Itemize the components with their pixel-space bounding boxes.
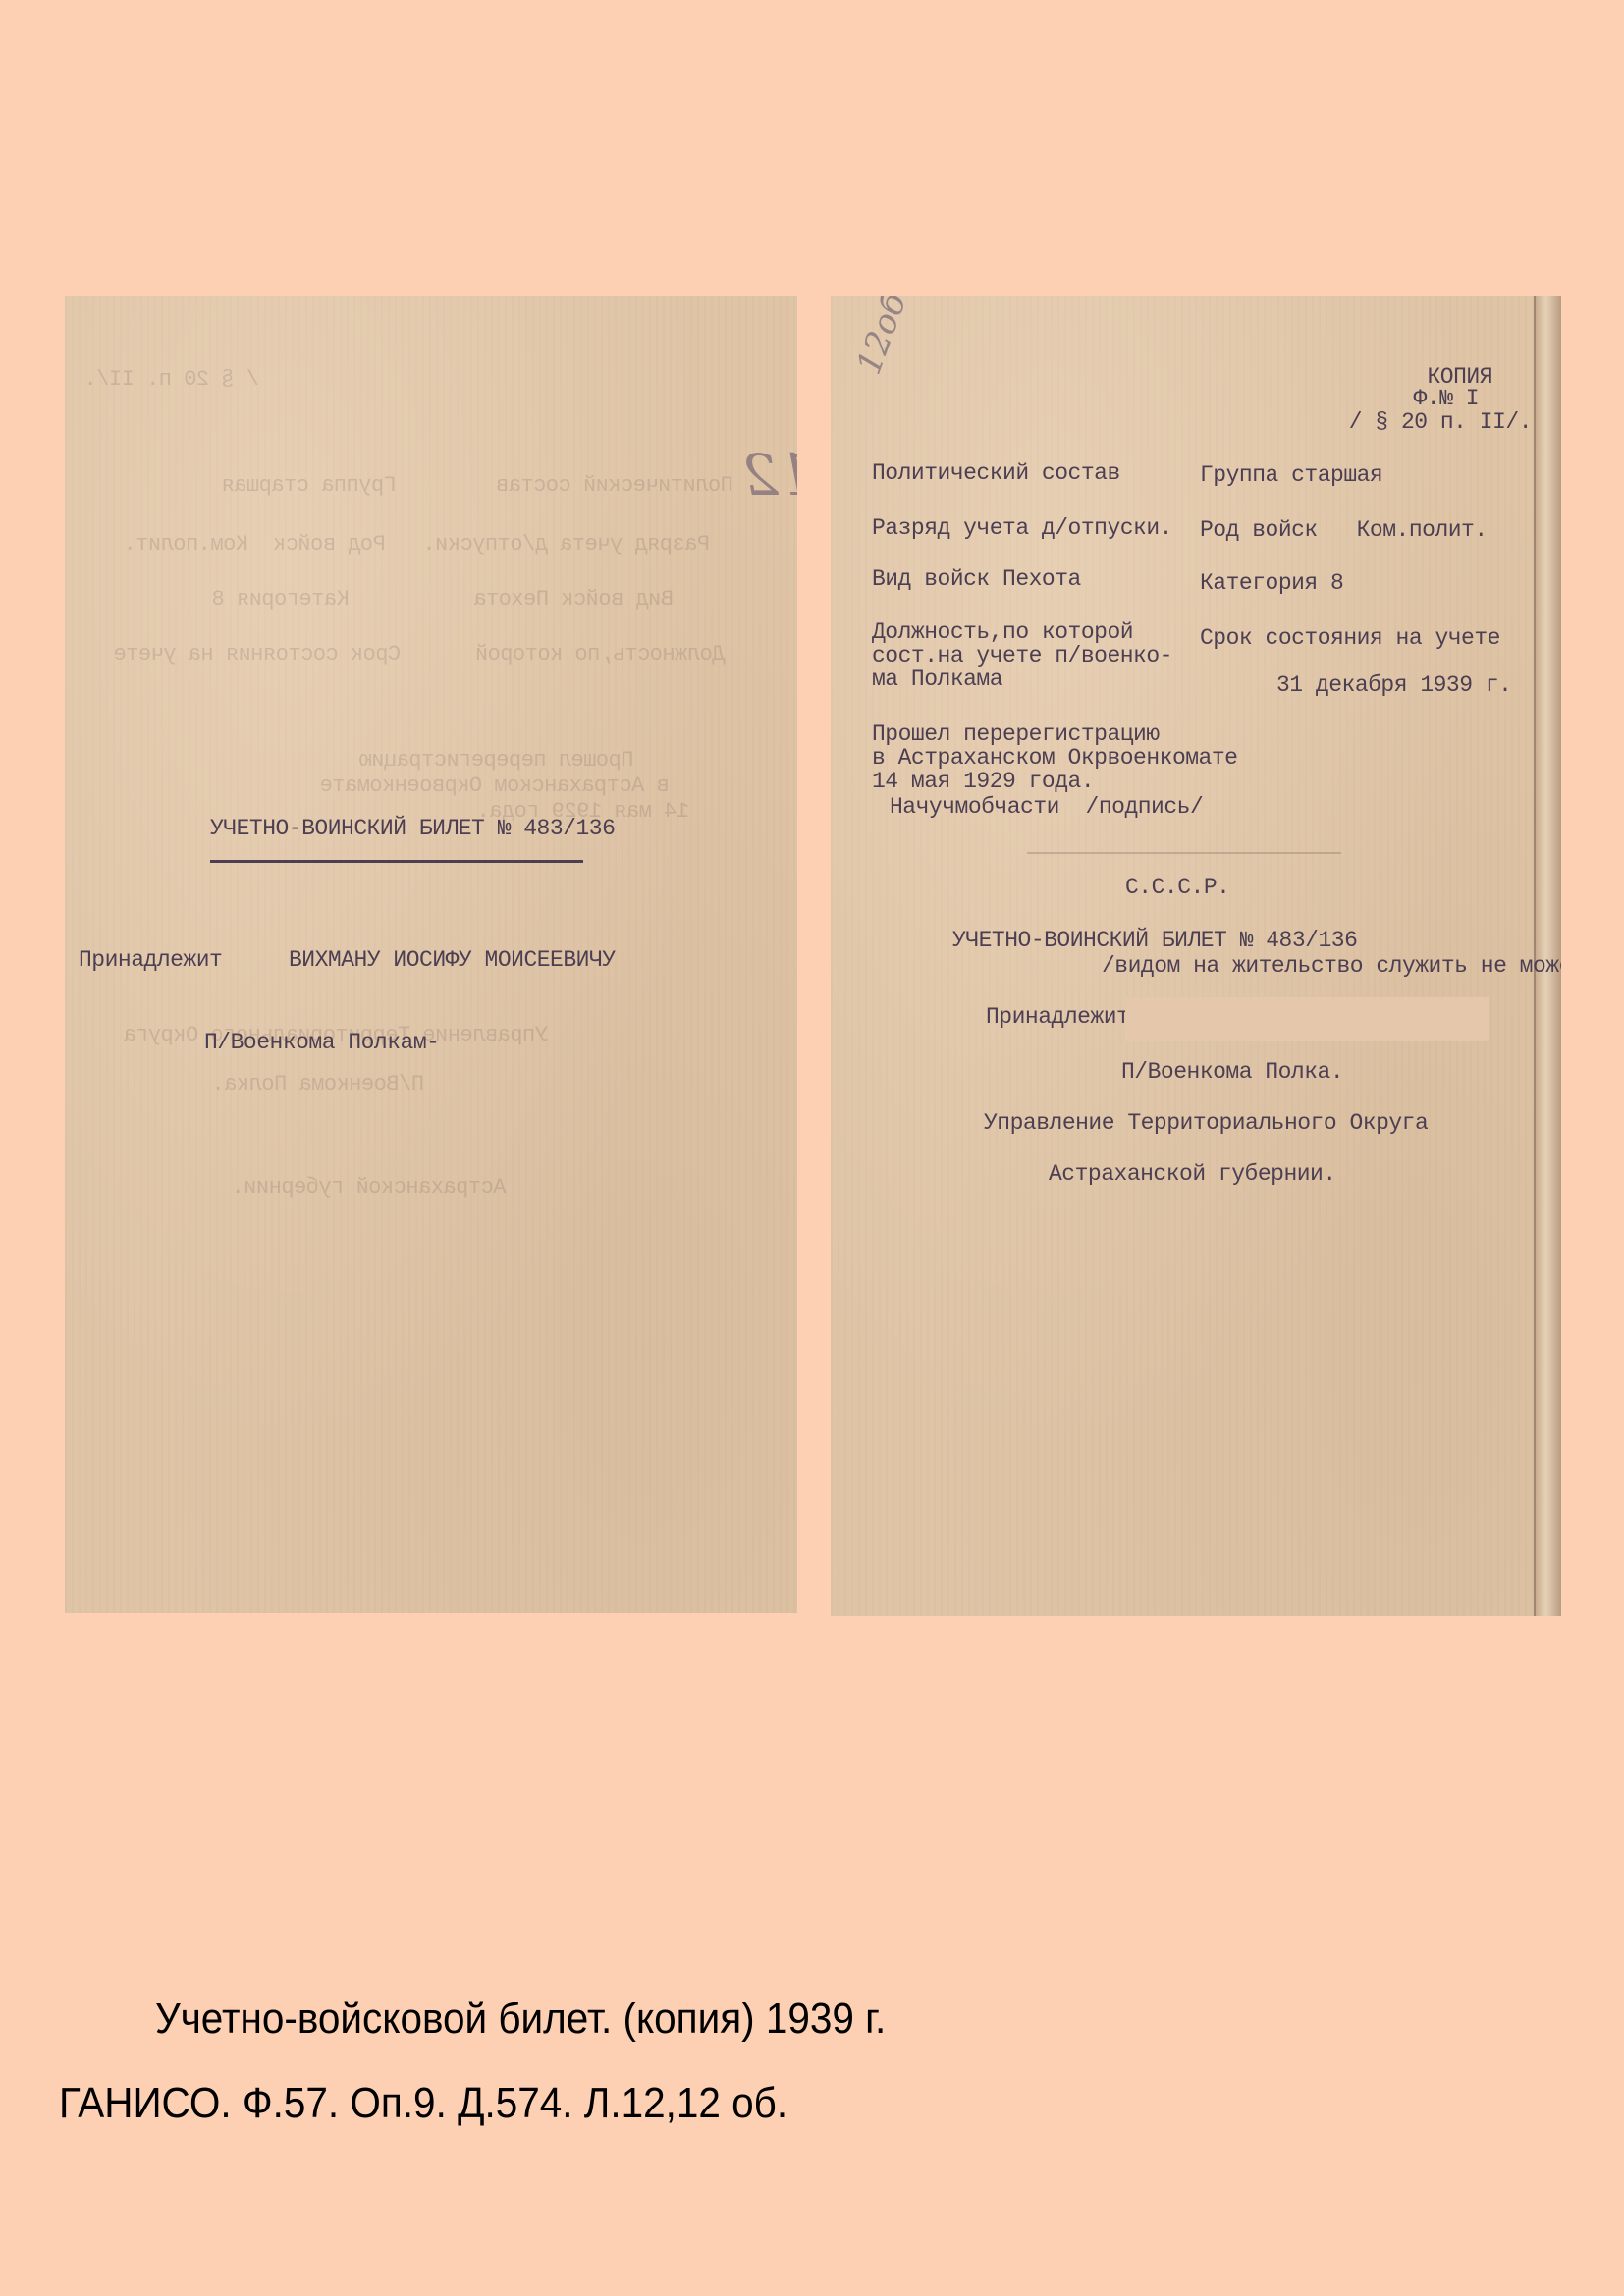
term-label: Срок состояния на учете (1200, 626, 1500, 650)
redacted-owner-name (1125, 997, 1489, 1041)
field-group: Группа старшая (1200, 463, 1382, 487)
document-page-right: 12об КОПИЯ Ф.№ I / § 20 п. II/. Политиче… (831, 296, 1561, 1616)
field-troop-type: Вид войск Пехота (872, 567, 1081, 591)
bleed-through-text: / § 20 п. II/. (84, 367, 259, 392)
field-staff-type: Политический состав (872, 461, 1120, 485)
title-underline (210, 860, 583, 863)
owner-position: П/Военкома Полкам- (204, 1031, 439, 1054)
term-value: 31 декабря 1939 г. (1276, 673, 1511, 697)
caption-archive-reference: ГАНИСО. Ф.57. Оп.9. Д.574. Л.12,12 об. (59, 2079, 787, 2128)
owner-name: ВИХМАНУ ИОСИФУ МОИСЕЕВИЧУ (289, 948, 616, 972)
reregistration-text: Прошел перерегистрацию в Астраханском Ок… (872, 722, 1237, 793)
field-position: Должность,по которой сост.на учете п/вое… (872, 620, 1172, 691)
caption-title: Учетно-войсковой билет. (копия) 1939 г. (155, 1995, 886, 2044)
separator-line (1027, 852, 1341, 854)
field-category: Категория 8 (1200, 571, 1343, 595)
bleed-through-text: Должность,по которой Срок состояния на у… (114, 642, 725, 667)
belongs-label: Принадлежит (79, 948, 222, 972)
bleed-through-text: П/Военкома Полка. (212, 1072, 424, 1096)
authority-line-1: Управление Территориального Округа (984, 1111, 1428, 1135)
document-page-left: / § 20 п. II/. Политический состав Групп… (65, 296, 797, 1613)
bleed-through-text: Вид войск Пехота Категория 8 (212, 587, 674, 612)
paragraph-reference: / § 20 п. II/. (1349, 410, 1532, 434)
owner-position: П/Военкома Полка. (1121, 1060, 1343, 1084)
bleed-through-text: Прошел перерегистрацию (359, 748, 633, 773)
bleed-through-text: Астраханской губернии. (232, 1175, 506, 1200)
folio-number: 12 (742, 442, 797, 508)
folio-number: 12об (849, 296, 914, 380)
form-number: Ф.№ I (1413, 387, 1479, 410)
country-header: С.С.С.Р. (1125, 876, 1229, 899)
authority-line-2: Астраханской губернии. (1049, 1162, 1336, 1186)
field-branch: Род войск Ком.полит. (1200, 518, 1488, 542)
signature-line: Начучмобчасти /подпись/ (890, 795, 1203, 819)
bleed-through-text: Разряд учета д/отпуски. Род войск Ком.по… (124, 532, 710, 557)
ticket-title: УЧЕТНО-ВОИНСКИЙ БИЛЕТ № 483/136 (210, 817, 615, 840)
residence-note: /видом на жительство служить не може (1102, 954, 1561, 978)
ticket-title: УЧЕТНО-ВОИНСКИЙ БИЛЕТ № 483/136 (952, 929, 1357, 952)
bleed-through-text: Политический состав Группа старшая (222, 473, 733, 498)
field-registration-class: Разряд учета д/отпуски. (872, 516, 1172, 540)
belongs-label: Принадлежит (986, 1005, 1129, 1029)
bleed-through-text: в Астраханском Окрвоенкомате (320, 774, 670, 798)
